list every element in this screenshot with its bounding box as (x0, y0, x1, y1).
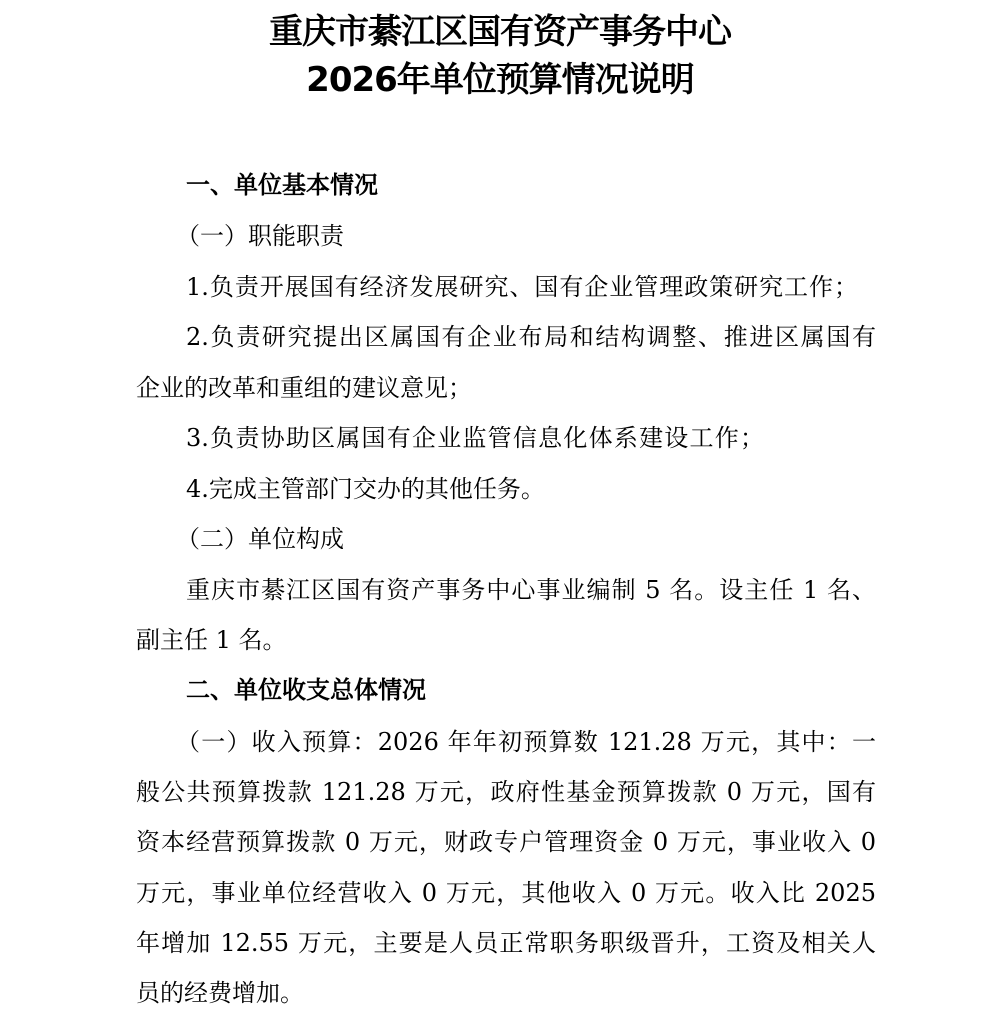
document-title-line-2: 2026年单位预算情况说明 (0, 60, 1000, 100)
income-budget-line-1: （一）收入预算：2026 年年初预算数 121.28 万元，其中：一 (176, 727, 876, 757)
composition-line-2: 副主任 1 名。 (136, 625, 287, 655)
income-budget-line-2: 般公共预算拨款 121.28 万元，政府性基金预算拨款 0 万元，国有 (136, 777, 876, 807)
duty-item-4: 4.完成主管部门交办的其他任务。 (186, 474, 545, 504)
duty-item-3: 3.负责协助区属国有企业监管信息化体系建设工作； (186, 423, 764, 453)
section-2-heading: 二、单位收支总体情况 (186, 675, 426, 705)
income-budget-line-4: 万元，事业单位经营收入 0 万元，其他收入 0 万元。收入比 2025 (136, 878, 876, 908)
duty-item-1: 1.负责开展国有经济发展研究、国有企业管理政策研究工作； (186, 272, 858, 302)
document-title-line-1: 重庆市綦江区国有资产事务中心 (0, 12, 1000, 52)
duty-item-2-line-2: 企业的改革和重组的建议意见； (136, 373, 472, 403)
duty-item-2-line-1: 2.负责研究提出区属国有企业布局和结构调整、推进区属国有 (186, 322, 876, 352)
income-budget-line-6: 员的经费增加。 (136, 978, 304, 1008)
composition-line-1: 重庆市綦江区国有资产事务中心事业编制 5 名。设主任 1 名、 (186, 575, 876, 605)
income-budget-line-5: 年增加 12.55 万元，主要是人员正常职务职级晋升，工资及相关人 (136, 928, 876, 958)
income-budget-line-3: 资本经营预算拨款 0 万元，财政专户管理资金 0 万元，事业收入 0 (136, 827, 876, 857)
section-1-heading: 一、单位基本情况 (186, 170, 378, 200)
subsection-duties-heading: （一）职能职责 (176, 221, 344, 251)
subsection-composition-heading: （二）单位构成 (176, 524, 344, 554)
